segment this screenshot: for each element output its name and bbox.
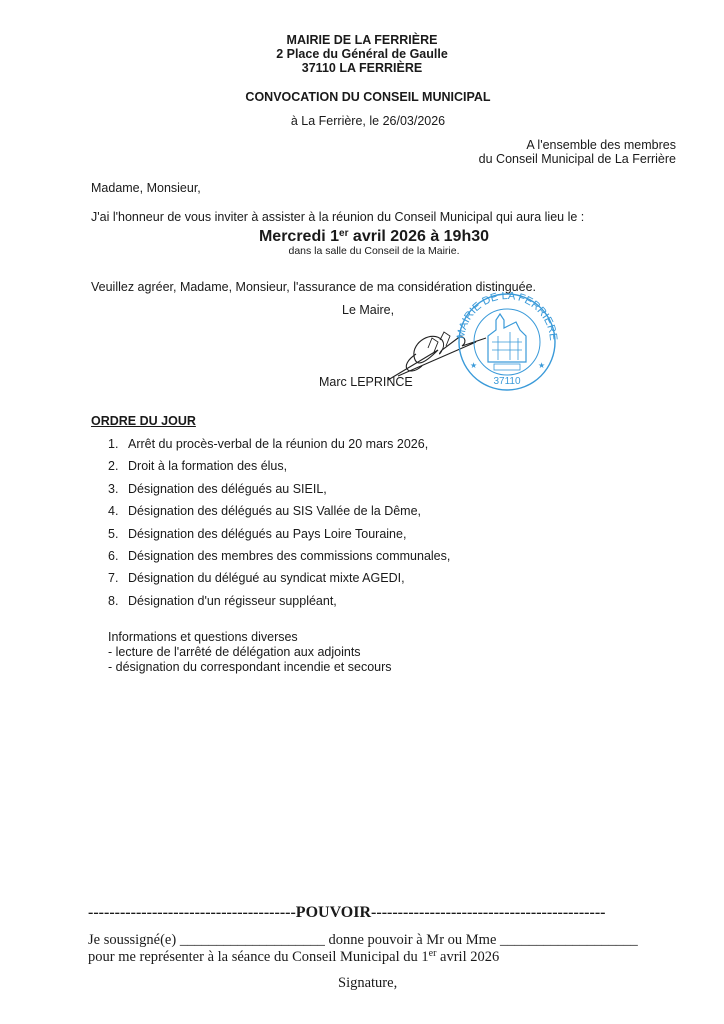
grantor-name-field[interactable]: ____________________ (180, 932, 325, 948)
agenda-item: 4.Désignation des délégués au SIS Vallée… (108, 504, 450, 526)
meeting-date-rest: avril 2026 à 19h30 (348, 228, 489, 245)
place-date: à La Ferrière, le 26/03/2026 (6, 114, 724, 129)
proxy-title: POUVOIR (296, 904, 371, 921)
proxy-signature-label: Signature, (338, 975, 397, 991)
proxy-section-title: ---------------------------------------P… (88, 904, 605, 922)
document-title: CONVOCATION DU CONSEIL MUNICIPAL (6, 90, 724, 105)
town-hall-stamp-icon: MAIRIE DE LA FERRIERE ★ ★ 37110 (450, 292, 564, 392)
invitation-text: J'ai l'honneur de vous inviter à assiste… (91, 210, 584, 225)
misc-item: - désignation du correspondant incendie … (108, 660, 392, 675)
agenda-item: 3.Désignation des délégués au SIEIL, (108, 482, 450, 504)
svg-text:37110: 37110 (493, 376, 521, 387)
misc-title: Informations et questions diverses (108, 630, 298, 645)
recipient-line-1: A l'ensemble des membres (526, 138, 676, 153)
agenda-list: 1.Arrêt du procès-verbal de la réunion d… (108, 437, 450, 616)
agenda-item: 1.Arrêt du procès-verbal de la réunion d… (108, 437, 450, 459)
agenda-item: 7.Désignation du délégué au syndicat mix… (108, 571, 450, 593)
agenda-title: ORDRE DU JOUR (91, 414, 196, 428)
signatory-role: Le Maire, (342, 303, 394, 318)
meeting-place: dans la salle du Conseil de la Mairie. (12, 245, 724, 257)
salutation: Madame, Monsieur, (91, 181, 201, 196)
agenda-item: 8.Désignation d'un régisseur suppléant, (108, 594, 450, 616)
proxy-line-1: Je soussigné(e) ____________________ don… (88, 932, 638, 948)
agenda-item: 6.Désignation des membres des commission… (108, 549, 450, 571)
mairie-name: MAIRIE DE LA FERRIÈRE (0, 33, 724, 48)
proxy-name-field[interactable]: ___________________ (500, 932, 638, 948)
svg-text:MAIRIE DE LA FERRIERE: MAIRIE DE LA FERRIERE (455, 292, 559, 341)
agenda-item: 2.Droit à la formation des élus, (108, 459, 450, 481)
recipient-line-2: du Conseil Municipal de La Ferrière (479, 152, 676, 167)
meeting-datetime: Mercredi 1er avril 2026 à 19h30 (12, 228, 724, 246)
svg-text:★: ★ (538, 361, 545, 370)
proxy-line-2: pour me représenter à la séance du Conse… (88, 949, 499, 965)
agenda-item: 5.Désignation des délégués au Pays Loire… (108, 527, 450, 549)
mairie-city: 37110 LA FERRIÈRE (0, 61, 724, 76)
meeting-day: Mercredi 1 (259, 228, 339, 245)
mairie-address: 2 Place du Général de Gaulle (0, 47, 724, 62)
svg-text:★: ★ (470, 361, 477, 370)
misc-item: - lecture de l'arrêté de délégation aux … (108, 645, 361, 660)
